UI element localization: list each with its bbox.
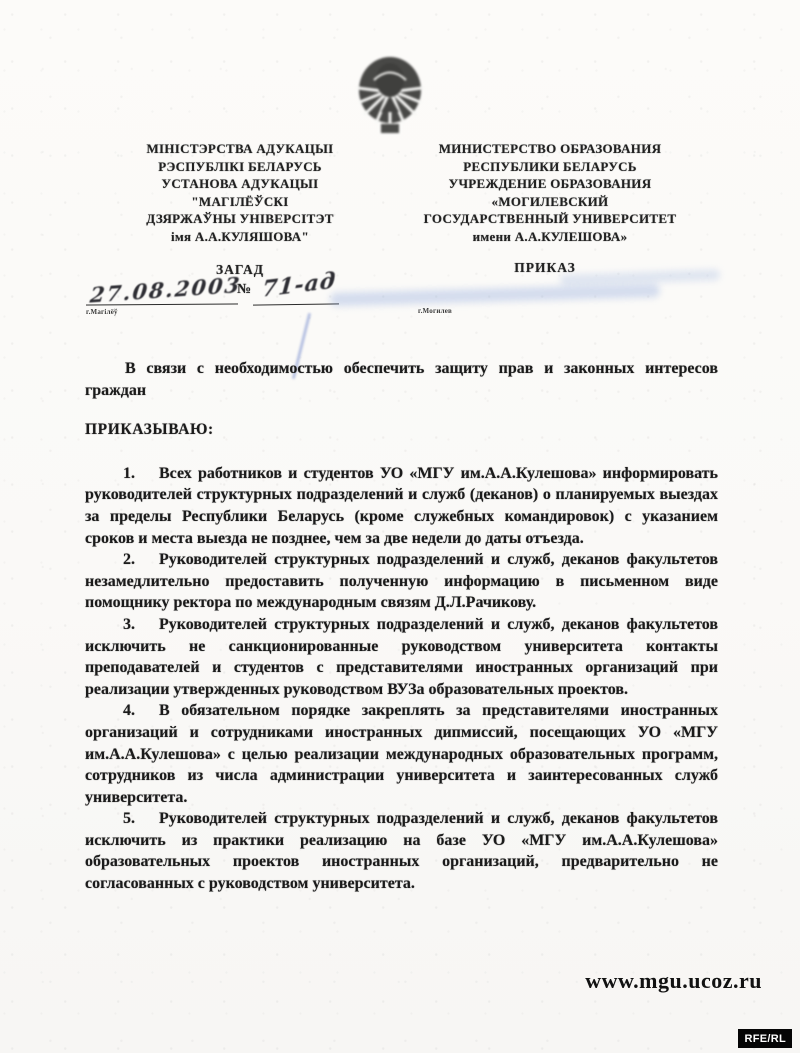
letterhead-line: «МОГИЛЕВСКИЙ [398, 193, 702, 211]
rferl-logo-badge: RFE/RL [738, 1029, 792, 1048]
number-underline [253, 303, 339, 305]
intro-paragraph: В связи с необходимостью обеспечить защи… [85, 358, 718, 401]
number-sign: № [237, 282, 251, 298]
letterhead-line: МІНІСТЭРСТВА АДУКАЦЫІ [88, 140, 392, 158]
item-text: Руководителей структурных подразделений … [85, 616, 718, 698]
item-number: 3. [123, 614, 159, 636]
item-number: 5. [123, 808, 159, 830]
letterhead-line: РЕСПУБЛИКИ БЕЛАРУСЬ [398, 158, 702, 176]
item-text: Всех работников и студентов УО «МГУ им.А… [85, 465, 718, 547]
blue-highlight-smear [330, 283, 660, 306]
directive-heading: ПРИКАЗЫВАЮ: [85, 419, 718, 441]
letterhead-line: ДЗЯРЖАЎНЫ УНІВЕРСІТЭТ [88, 210, 392, 228]
letterhead-russian: МИНИСТЕРСТВО ОБРАЗОВАНИЯ РЕСПУБЛИКИ БЕЛА… [398, 140, 702, 245]
item-text: Руководителей структурных подразделений … [85, 551, 718, 611]
item-number: 4. [123, 700, 159, 722]
document-body: В связи с необходимостью обеспечить защи… [85, 358, 718, 895]
letterhead-belarusian: МІНІСТЭРСТВА АДУКАЦЫІ РЭСПУБЛІКІ БЕЛАРУС… [88, 140, 392, 245]
item-text: Руководителей структурных подразделений … [85, 810, 718, 892]
order-item: 3.Руководителей структурных подразделени… [85, 614, 718, 700]
order-item: 2.Руководителей структурных подразделени… [85, 549, 718, 614]
letterhead-line: имени А.А.КУЛЕШОВА» [398, 228, 702, 246]
letterhead-line: УЧРЕЖДЕНИЕ ОБРАЗОВАНИЯ [398, 175, 702, 193]
date-underline [86, 303, 238, 305]
order-item: 4.В обязательном порядке закреплять за п… [85, 700, 718, 808]
scanned-document-page: МІНІСТЭРСТВА АДУКАЦЫІ РЭСПУБЛІКІ БЕЛАРУС… [0, 0, 800, 1053]
letterhead-line: УСТАНОВА АДУКАЦЫІ [88, 175, 392, 193]
website-watermark: www.mgu.ucoz.ru [85, 968, 762, 994]
order-item: 5.Руководителей структурных подразделени… [85, 808, 718, 894]
letterhead-line: МИНИСТЕРСТВО ОБРАЗОВАНИЯ [398, 140, 702, 158]
item-text: В обязательном порядке закреплять за пре… [85, 702, 718, 805]
letterhead-line: "МАГІЛЁЎСКІ [88, 193, 392, 211]
item-number: 1. [123, 463, 159, 485]
order-type-russian: ПРИКАЗ [395, 260, 695, 276]
coat-of-arms-icon [354, 50, 426, 136]
item-number: 2. [123, 549, 159, 571]
letterhead-line: імя А.А.КУЛЯШОВА" [88, 228, 392, 246]
order-item: 1.Всех работников и студентов УО «МГУ им… [85, 463, 718, 549]
place-label-belarusian: г.Магілёў [86, 308, 118, 316]
letterhead-line: ГОСУДАРСТВЕННЫЙ УНИВЕРСИТЕТ [398, 210, 702, 228]
place-label-russian: г.Могилев [418, 307, 452, 315]
letterhead-line: РЭСПУБЛІКІ БЕЛАРУСЬ [88, 158, 392, 176]
